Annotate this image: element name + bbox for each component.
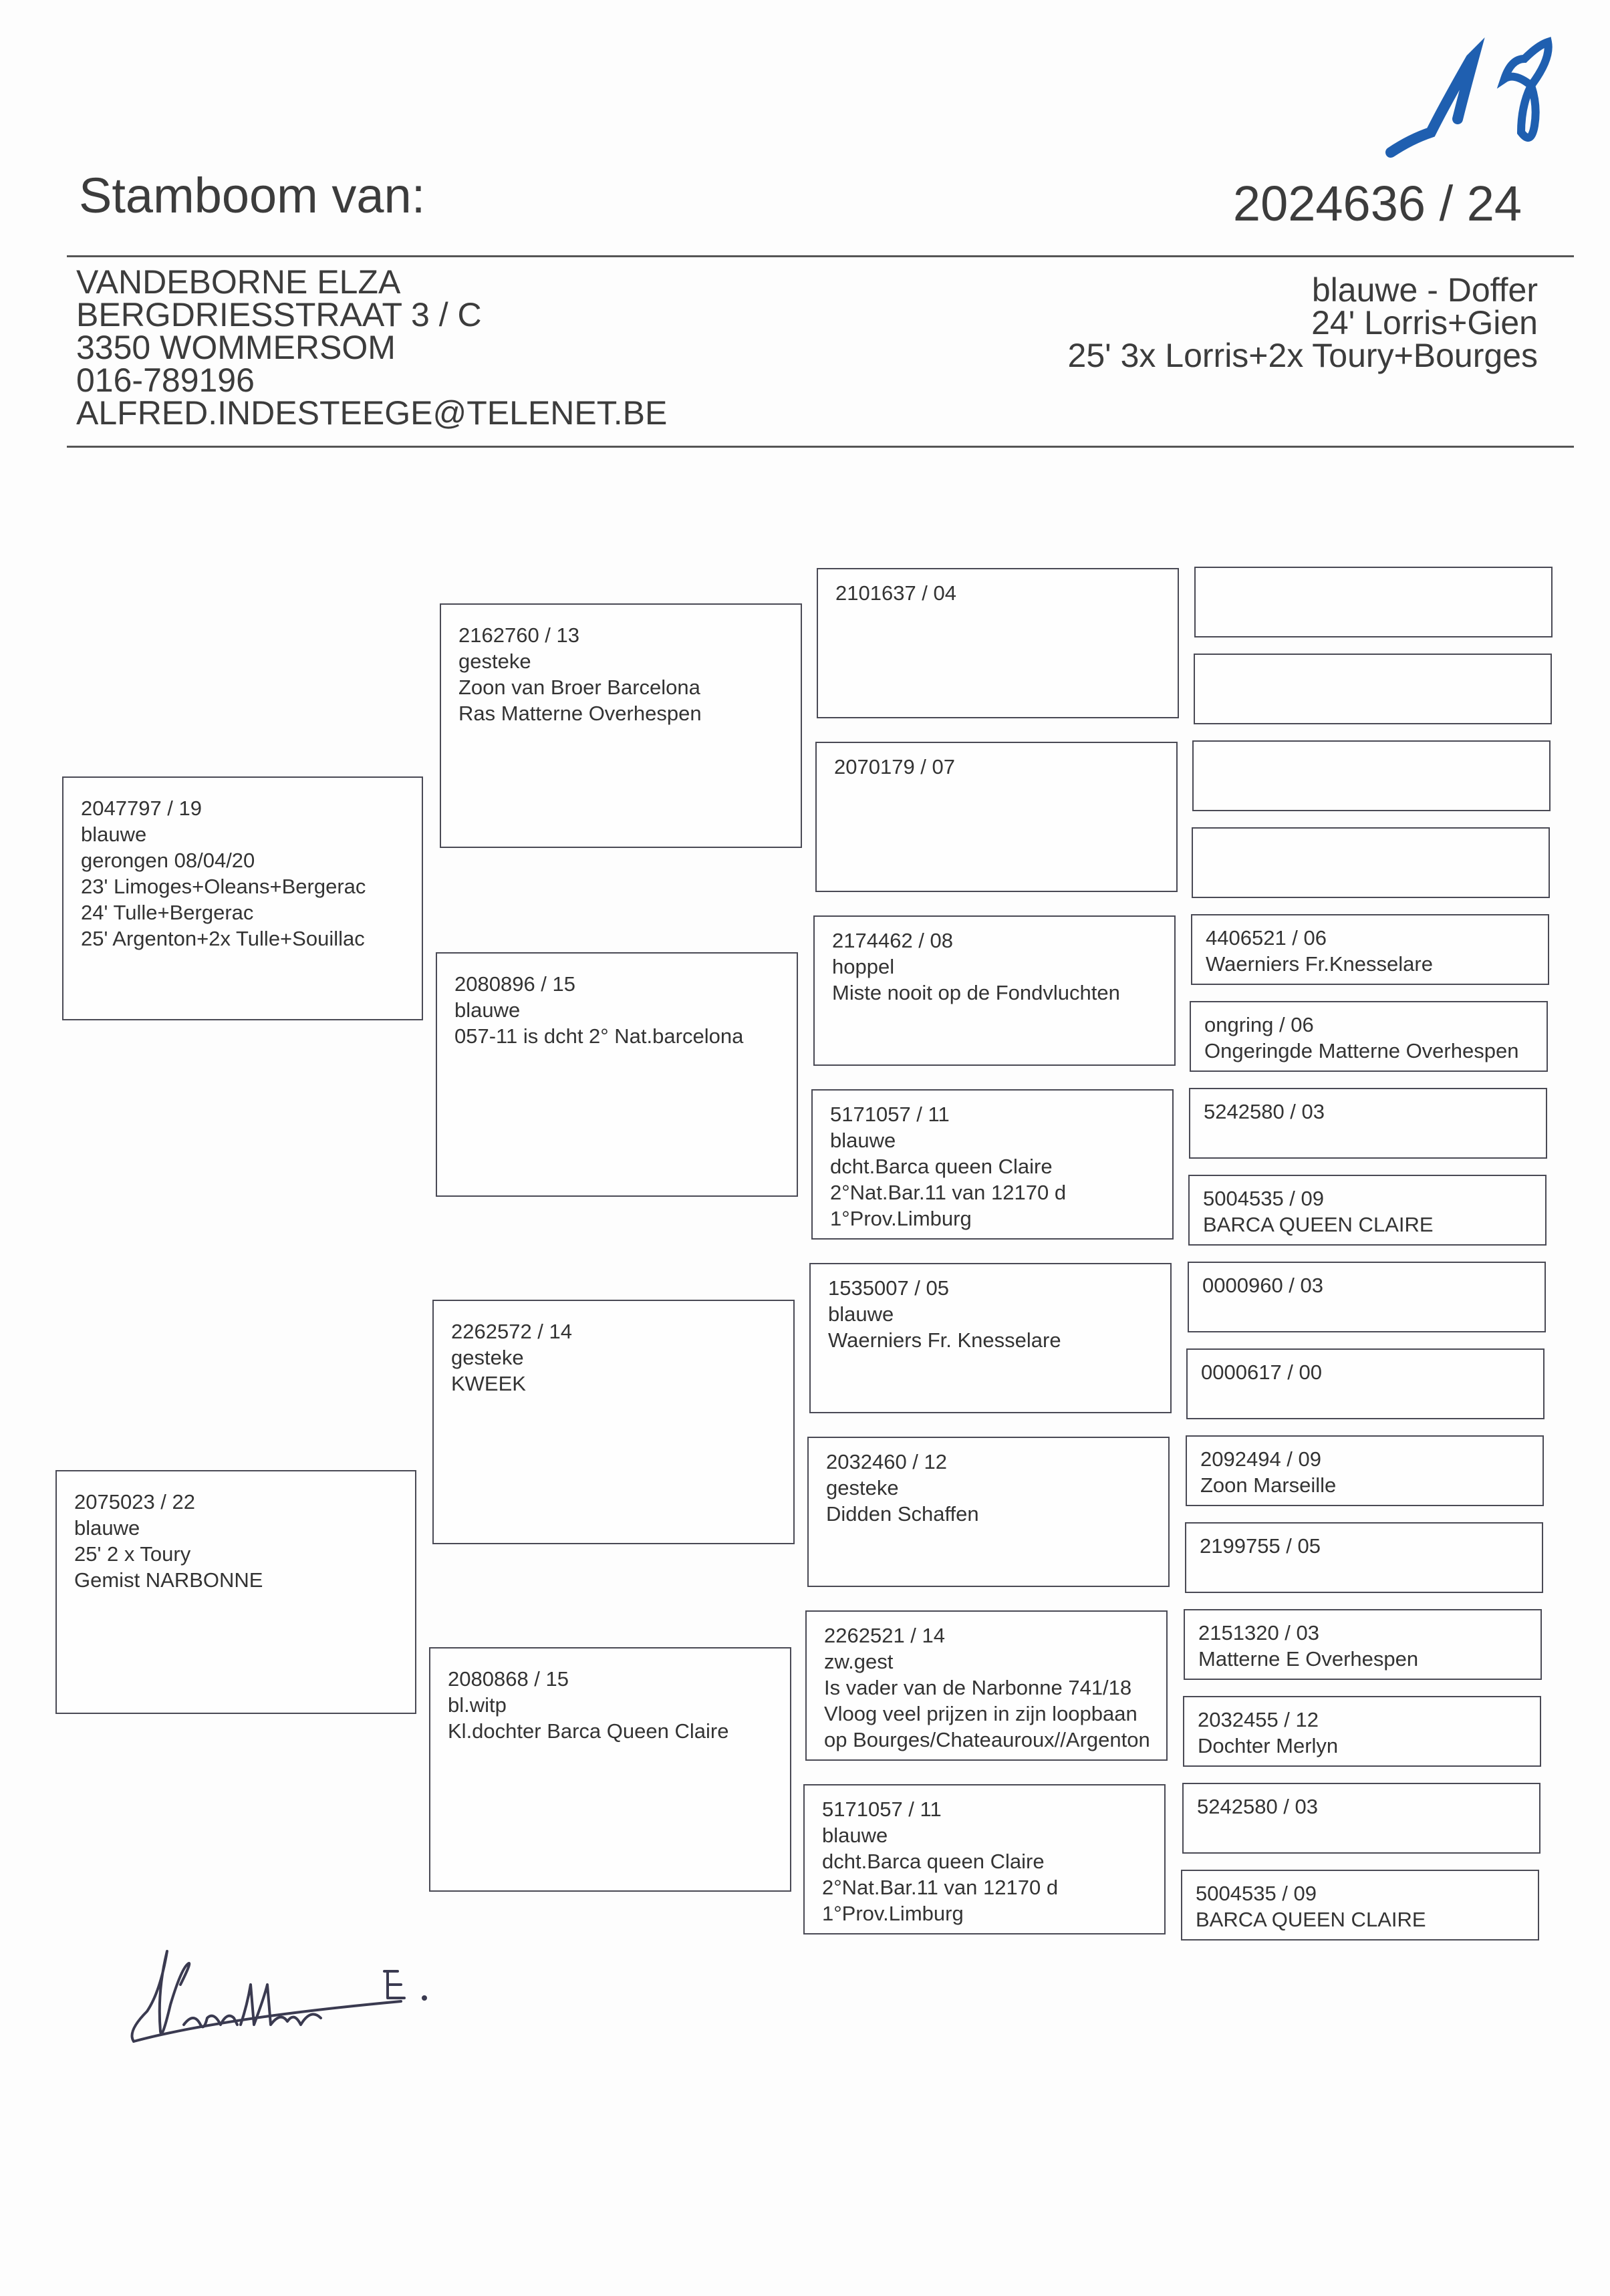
bird-color-sex: blauwe - Doffer [1068,274,1538,307]
great-grandparent-box: 2032460 / 12gestekeDidden Schaffen [807,1437,1170,1587]
pedigree-note: Didden Schaffen [826,1501,1154,1527]
bird-info-block: blauwe - Doffer 24' Lorris+Gien 25' 3x L… [1068,274,1538,372]
pedigree-note: Kl.dochter Barca Queen Claire [448,1718,775,1744]
ring-number: 4406521 / 06 [1206,925,1534,951]
pedigree-note: BARCA QUEEN CLAIRE [1203,1211,1532,1238]
ring-number: 0000960 / 03 [1202,1272,1531,1298]
pedigree-note: gesteke [826,1475,1154,1501]
pedigree-note: 25' Argenton+2x Tulle+Souillac [81,925,407,952]
great-great-grandparent-box [1194,567,1553,637]
great-great-grandparent-box: 0000617 / 00 [1186,1348,1545,1419]
owner-block: VANDEBORNE ELZA BERGDRIESSTRAAT 3 / C 33… [76,266,667,430]
pedigree-note: 23' Limoges+Oleans+Bergerac [81,873,407,899]
ring-number: 5004535 / 09 [1203,1185,1532,1211]
pedigree-note: 25' 2 x Toury [74,1541,400,1567]
grandparent-box: 2080896 / 15blauwe057-11 is dcht 2° Nat.… [436,952,798,1197]
pedigree-note: Zoon van Broer Barcelona [458,674,786,700]
owner-name: VANDEBORNE ELZA [76,266,667,299]
ring-number: ongring / 06 [1204,1012,1533,1038]
signature [120,1924,495,2058]
grandparent-box: 2080868 / 15bl.witpKl.dochter Barca Quee… [429,1647,791,1892]
pedigree-note: Ras Matterne Overhespen [458,700,786,726]
ring-number: 2174462 / 08 [832,927,1160,954]
pedigree-note: Miste nooit op de Fondvluchten [832,980,1160,1006]
pedigree-note: Ongeringde Matterne Overhespen [1204,1038,1533,1064]
pedigree-note: blauwe [828,1301,1156,1327]
great-great-grandparent-box [1192,740,1551,811]
page-title: Stamboom van: [79,167,425,224]
ring-number: 2080896 / 15 [454,971,782,997]
pedigree-note: Waerniers Fr.Knesselare [1206,951,1534,977]
great-great-grandparent-box [1192,827,1550,898]
main-ring-number: 2024636 / 24 [1233,175,1522,232]
pedigree-note: dcht.Barca queen Claire [822,1848,1150,1874]
parent-box: 2075023 / 22blauwe25' 2 x TouryGemist NA… [55,1470,416,1714]
pedigree-note: Matterne E Overhespen [1198,1646,1527,1672]
great-great-grandparent-box: 5004535 / 09BARCA QUEEN CLAIRE [1188,1175,1547,1246]
great-grandparent-box: 5171057 / 11blauwedcht.Barca queen Clair… [803,1784,1166,1934]
ring-number: 2080868 / 15 [448,1666,775,1692]
owner-divider [67,446,1574,448]
owner-street: BERGDRIESSTRAAT 3 / C [76,299,667,331]
pedigree-note: 2°Nat.Bar.11 van 12170 d [822,1874,1150,1900]
ring-number: 1535007 / 05 [828,1275,1156,1301]
pedigree-note: 2°Nat.Bar.11 van 12170 d [830,1179,1158,1205]
owner-phone: 016-789196 [76,364,667,397]
pedigree-note: op Bourges/Chateauroux//Argenton [824,1727,1152,1753]
ring-number: 2047797 / 19 [81,795,407,821]
ring-number: 2262521 / 14 [824,1622,1152,1648]
pedigree-note: blauwe [454,997,782,1023]
ring-number: 2199755 / 05 [1200,1533,1528,1559]
ring-number: 2162760 / 13 [458,622,786,648]
ring-number: 5242580 / 03 [1197,1793,1526,1820]
ring-number: 2092494 / 09 [1200,1446,1529,1472]
owner-city: 3350 WOMMERSOM [76,331,667,364]
ring-number: 5242580 / 03 [1204,1099,1532,1125]
pedigree-note: 057-11 is dcht 2° Nat.barcelona [454,1023,782,1049]
great-grandparent-box: 1535007 / 05blauweWaerniers Fr. Knessela… [809,1263,1172,1413]
owner-email: ALFRED.INDESTEEGE@TELENET.BE [76,397,667,430]
pedigree-note: blauwe [830,1127,1158,1153]
pedigree-note: zw.gest [824,1648,1152,1675]
ring-number: 2101637 / 04 [835,580,1163,606]
pedigree-note: BARCA QUEEN CLAIRE [1196,1906,1524,1932]
great-great-grandparent-box [1194,654,1552,724]
parent-box: 2047797 / 19blauwegerongen 08/04/2023' L… [62,776,423,1020]
pedigree-note: gerongen 08/04/20 [81,847,407,873]
pedigree-note: dcht.Barca queen Claire [830,1153,1158,1179]
great-great-grandparent-box: 5242580 / 03 [1182,1783,1540,1854]
pedigree-note: Is vader van de Narbonne 741/18 [824,1675,1152,1701]
pedigree-note: KWEEK [451,1371,779,1397]
pedigree-note: bl.witp [448,1692,775,1718]
pedigree-note: 1°Prov.Limburg [830,1205,1158,1232]
great-grandparent-box: 5171057 / 11blauwedcht.Barca queen Clair… [811,1089,1174,1240]
bird-results-24: 24' Lorris+Gien [1068,307,1538,339]
ring-number: 5171057 / 11 [830,1101,1158,1127]
pedigree-note: 24' Tulle+Bergerac [81,899,407,925]
great-great-grandparent-box: 4406521 / 06Waerniers Fr.Knesselare [1191,914,1549,985]
pedigree-note: Zoon Marseille [1200,1472,1529,1498]
pedigree-note: Gemist NARBONNE [74,1567,400,1593]
header-divider [67,255,1574,257]
ring-number: 2262572 / 14 [451,1318,779,1344]
ring-number: 0000617 / 00 [1201,1359,1530,1385]
grandparent-box: 2262572 / 14gestekeKWEEK [432,1300,795,1544]
great-great-grandparent-box: 5004535 / 09BARCA QUEEN CLAIRE [1181,1870,1539,1941]
grandparent-box: 2162760 / 13gestekeZoon van Broer Barcel… [440,603,802,848]
ring-number: 2151320 / 03 [1198,1620,1527,1646]
pedigree-note: gesteke [458,648,786,674]
great-grandparent-box: 2262521 / 14zw.gestIs vader van de Narbo… [805,1610,1168,1761]
ring-number: 2032455 / 12 [1198,1707,1526,1733]
bird-results-25: 25' 3x Lorris+2x Toury+Bourges [1068,339,1538,372]
ring-number: 2070179 / 07 [834,754,1162,780]
great-great-grandparent-box: 2032455 / 12Dochter Merlyn [1183,1696,1541,1767]
ring-number: 2032460 / 12 [826,1449,1154,1475]
great-great-grandparent-box: ongring / 06Ongeringde Matterne Overhesp… [1190,1001,1548,1072]
handwritten-page-number [1371,32,1571,166]
great-grandparent-box: 2101637 / 04 [817,568,1179,718]
pedigree-note: gesteke [451,1344,779,1371]
great-great-grandparent-box: 0000960 / 03 [1188,1262,1546,1332]
pedigree-note: Dochter Merlyn [1198,1733,1526,1759]
great-great-grandparent-box: 5242580 / 03 [1189,1088,1547,1159]
great-grandparent-box: 2174462 / 08hoppelMiste nooit op de Fond… [813,915,1176,1066]
ring-number: 5004535 / 09 [1196,1880,1524,1906]
pedigree-note: blauwe [822,1822,1150,1848]
pedigree-note: Waerniers Fr. Knesselare [828,1327,1156,1353]
pedigree-note: hoppel [832,954,1160,980]
pedigree-note: blauwe [81,821,407,847]
pedigree-note: blauwe [74,1515,400,1541]
ring-number: 5171057 / 11 [822,1796,1150,1822]
great-great-grandparent-box: 2199755 / 05 [1185,1522,1543,1593]
ring-number: 2075023 / 22 [74,1489,400,1515]
great-great-grandparent-box: 2151320 / 03Matterne E Overhespen [1184,1609,1542,1680]
pedigree-note: 1°Prov.Limburg [822,1900,1150,1926]
pedigree-note: Vloog veel prijzen in zijn loopbaan [824,1701,1152,1727]
great-grandparent-box: 2070179 / 07 [815,742,1178,892]
great-great-grandparent-box: 2092494 / 09Zoon Marseille [1186,1435,1544,1506]
